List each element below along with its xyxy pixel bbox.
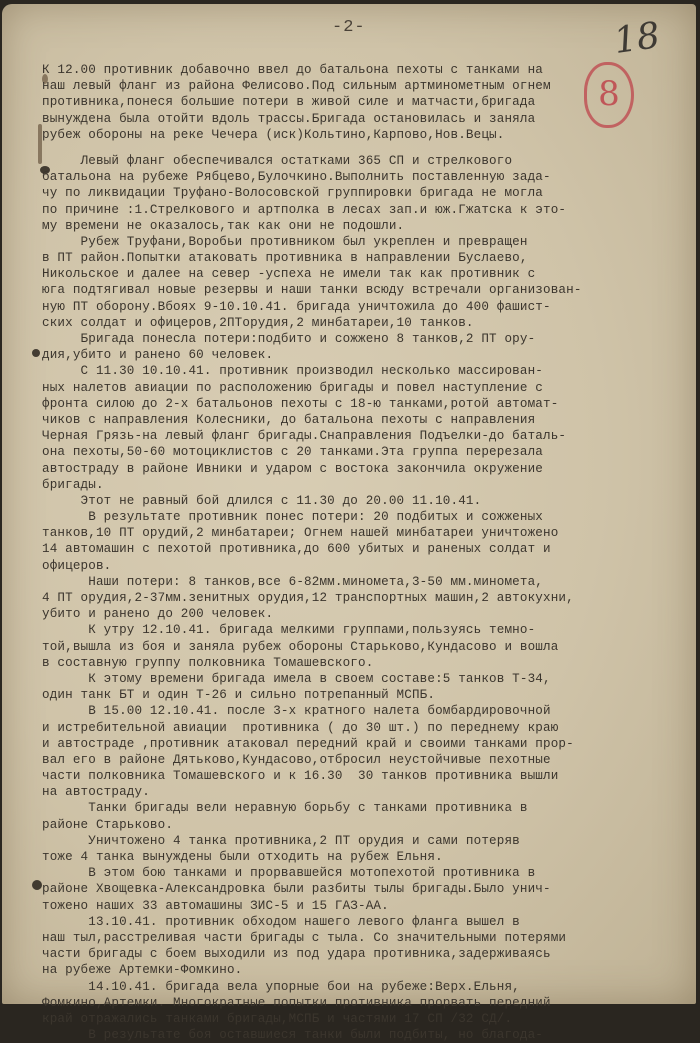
text-line: Танки бригады вели неравную борьбу с тан…	[42, 800, 682, 816]
text-line: рубеж обороны на реке Чечера (иск)Кольти…	[42, 127, 682, 143]
text-line: Черная Грязь-на левый фланг бригады.Снап…	[42, 428, 682, 444]
text-line: Фомкино,Артемки. Многократные попытки пр…	[42, 995, 682, 1005]
text-line: Бригада понесла потери:подбито и сожжено…	[42, 331, 682, 347]
text-line: бригады.	[42, 477, 682, 493]
text-line: вал его в районе Дятьково,Кундасово,отбр…	[42, 752, 682, 768]
text-line: К утру 12.10.41. бригада мелкими группам…	[42, 622, 682, 638]
text-line: Наши потери: 8 танков,все 6-82мм.миномет…	[42, 574, 682, 590]
page-number: -2-	[332, 18, 366, 37]
text-line: части полковника Томашевского и к 16.30 …	[42, 768, 682, 784]
text-line: 4 ПТ орудия,2-37мм.зенитных орудия,12 тр…	[42, 590, 682, 606]
text-line: автостраду в районе Ивники и ударом с во…	[42, 461, 682, 477]
text-line: той,вышла из боя и заняла рубеж обороны …	[42, 639, 682, 655]
text-line: наш тыл,расстреливая части бригады с тыл…	[42, 930, 682, 946]
text-line: противника,понеся большие потери в живой…	[42, 94, 682, 110]
text-line	[42, 143, 682, 153]
text-line: 14 автомашин с пехотой противника,до 600…	[42, 541, 682, 557]
text-line: чиков с направления Колесники, до баталь…	[42, 412, 682, 428]
text-line: ную ПТ оборону.Вбоях 9-10.10.41. бригада…	[42, 299, 682, 315]
punch-hole	[32, 349, 40, 357]
text-line: наш левый фланг из района Фелисово.Под с…	[42, 78, 682, 94]
text-line: С 11.30 10.10.41. противник производил н…	[42, 363, 682, 379]
typewritten-text: К 12.00 противник добавочно ввел до бата…	[42, 62, 682, 1005]
text-line: дия,убито и ранено 60 человек.	[42, 347, 682, 363]
text-line: офицеров.	[42, 558, 682, 574]
text-line: она пехоты,50-60 мотоциклистов с 20 танк…	[42, 444, 682, 460]
text-line: К этому времени бригада имела в своем со…	[42, 671, 682, 687]
text-line: районе Хвощевка-Александровка были разби…	[42, 881, 682, 897]
text-line: в ПТ район.Попытки атаковать противника …	[42, 250, 682, 266]
text-line: чу по ликвидации Труфано-Волосовской гру…	[42, 185, 682, 201]
text-line: тоже 4 танка вынуждены были отходить на …	[42, 849, 682, 865]
text-line: Левый фланг обеспечивался остатками 365 …	[42, 153, 682, 169]
text-line: танков,10 ПТ орудий,2 минбатареи; Огнем …	[42, 525, 682, 541]
text-line: по причине :1.Стрелкового и артполка в л…	[42, 202, 682, 218]
text-line: районе Старьково.	[42, 817, 682, 833]
text-line: части бригады с боем выходили из под уда…	[42, 946, 682, 962]
text-line: фронта силою до 2-х батальонов пехоты с …	[42, 396, 682, 412]
text-line: 13.10.41. противник обходом нашего левог…	[42, 914, 682, 930]
text-line: Уничтожено 4 танка противника,2 ПТ оруди…	[42, 833, 682, 849]
text-line: Никольское и далее на север -успеха не и…	[42, 266, 682, 282]
text-line: ских солдат и офицеров,2ПТорудия,2 минба…	[42, 315, 682, 331]
text-line: и автостраде ,противник атаковал передни…	[42, 736, 682, 752]
text-line: Этот не равный бой длился с 11.30 до 20.…	[42, 493, 682, 509]
text-line: В результате противник понес потери: 20 …	[42, 509, 682, 525]
text-line: В этом бою танками и прорвавшейся мотопе…	[42, 865, 682, 881]
text-line: и истребительной авиации противника ( до…	[42, 720, 682, 736]
document-page: -2- 18 8 К 12.00 противник добавочно вве…	[2, 4, 696, 1004]
text-line: 14.10.41. бригада вела упорные бои на ру…	[42, 979, 682, 995]
text-line: ных налетов авиации по расположению бриг…	[42, 380, 682, 396]
archive-sheet-number: 18	[611, 15, 662, 62]
text-line: убито и ранено до 200 человек.	[42, 606, 682, 622]
text-line: на автостраду.	[42, 784, 682, 800]
text-line: на рубеже Артемки-Фомкино.	[42, 962, 682, 978]
text-line: юга подтягивал новые резервы и наши танк…	[42, 282, 682, 298]
text-line: К 12.00 противник добавочно ввел до бата…	[42, 62, 682, 78]
text-line: вынуждена была отойти вдоль трассы.Брига…	[42, 111, 682, 127]
punch-hole	[32, 880, 42, 890]
text-line: тожено наших 33 автомашины ЗИС-5 и 15 ГА…	[42, 898, 682, 914]
text-line: один танк БТ и один Т-26 и сильно потреп…	[42, 687, 682, 703]
text-line: батальона на рубеже Рябцево,Булочкино.Вы…	[42, 169, 682, 185]
text-line: Рубеж Труфани,Воробьи противником был ук…	[42, 234, 682, 250]
text-line: в составную группу полковника Томашевско…	[42, 655, 682, 671]
text-line: В 15.00 12.10.41. после 3-х кратного нал…	[42, 703, 682, 719]
text-line: му времени не оказалось,так как они не п…	[42, 218, 682, 234]
